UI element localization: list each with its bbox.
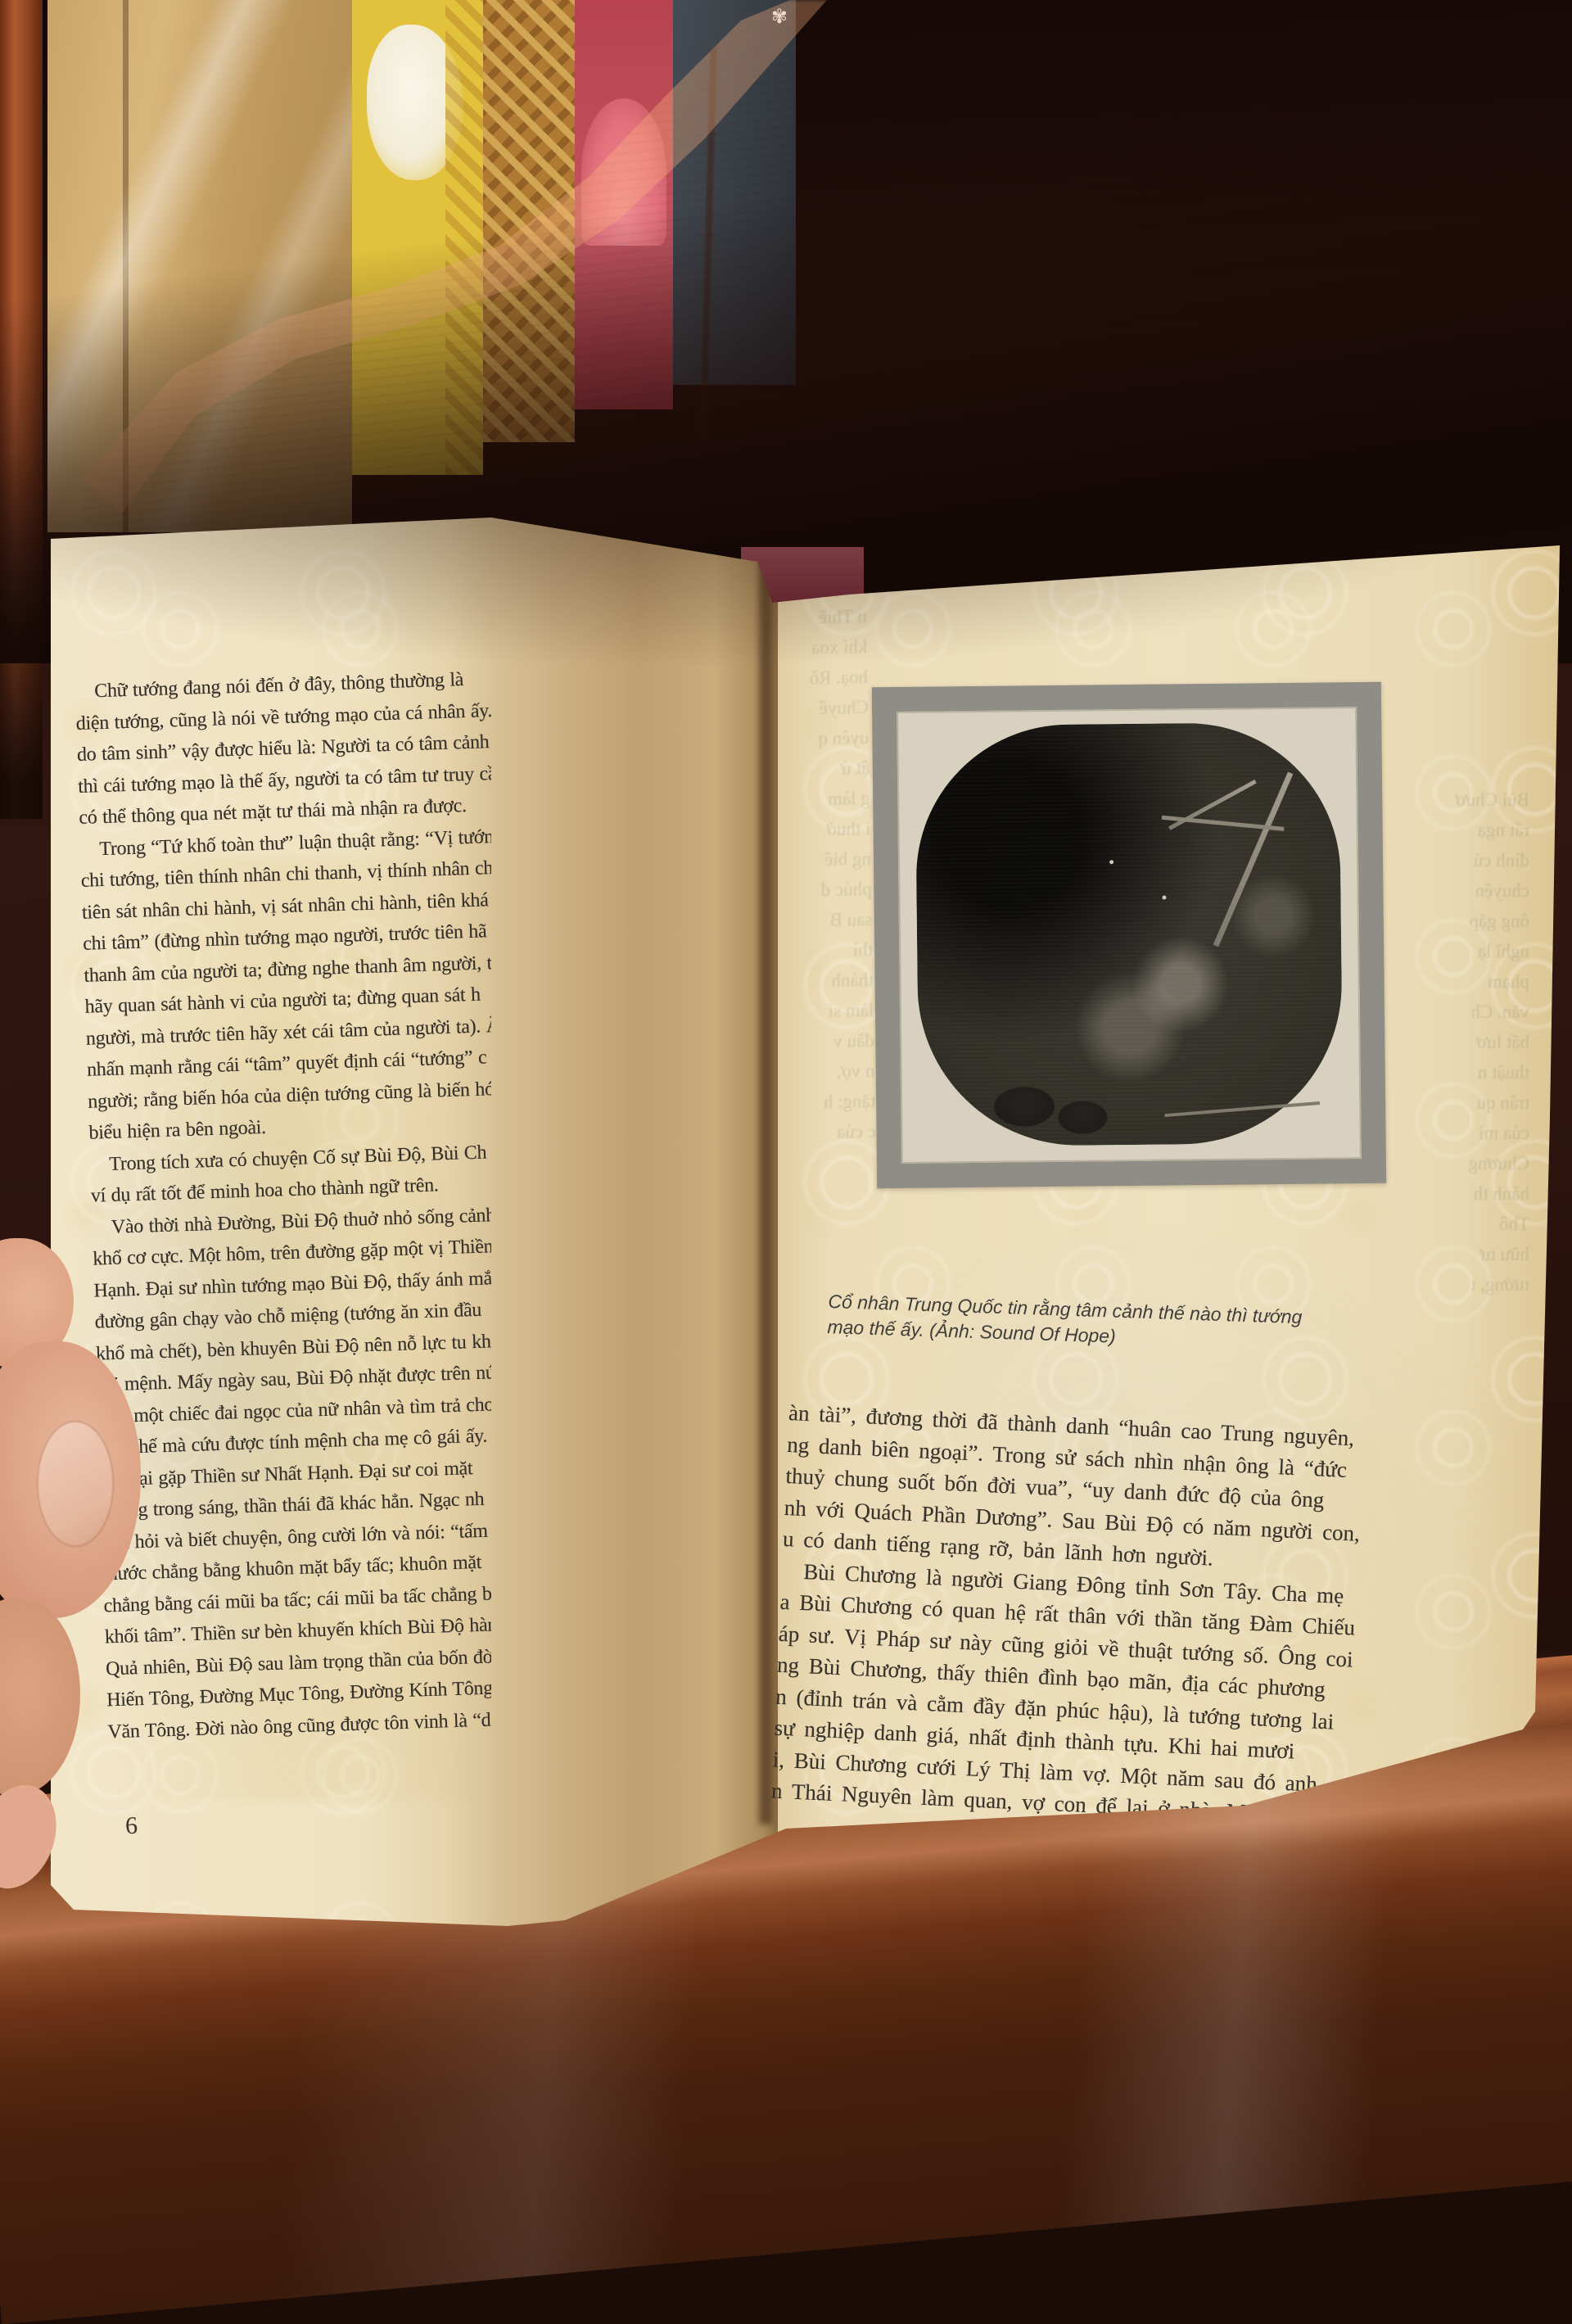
bleedthrough-fragment: chuyện	[1423, 875, 1529, 906]
print-grain	[915, 721, 1343, 1146]
book-gutter	[491, 514, 778, 1931]
bleedthrough-fragment: tặng: h	[785, 1086, 876, 1118]
bleedthrough-fragment: n Thiề	[777, 601, 868, 633]
bleedthrough-fragment: văn. Ch	[1423, 997, 1529, 1027]
print-speck	[1162, 896, 1166, 900]
bleedthrough-fragment: n vợ,	[784, 1056, 875, 1087]
bleedthrough-fragment: hữu tư	[1423, 1239, 1529, 1269]
thumb-nail	[36, 1420, 115, 1548]
bleedthrough-fragment: thì	[783, 934, 874, 966]
bleedthrough-fragment: bất lươ	[1423, 1027, 1529, 1057]
bleedthrough-fragment: sau B	[782, 904, 873, 936]
shelf-frame-edge	[0, 0, 43, 819]
bleedthrough-fragment: uyên q	[779, 722, 870, 754]
bleedthrough-fragment: ật ứ	[779, 753, 870, 784]
bleedthrough-fragment: nghĩ lạ	[1423, 936, 1529, 966]
page-number-left: 6	[124, 1812, 138, 1841]
bleedthrough-fragment: thành	[783, 965, 874, 997]
bleedthrough-fragment: rất ngạ	[1423, 815, 1529, 845]
illustration-painting	[915, 721, 1343, 1146]
bleedthrough-fragment: hành th	[1423, 1178, 1529, 1209]
bleedthrough-fragment: hoạ. Rồ	[778, 662, 869, 694]
illustration-caption: Cổ nhân Trung Quốc tin rằng tâm cảnh thế…	[827, 1289, 1434, 1360]
bleedthrough-fragment: i thuở	[780, 813, 871, 845]
illustration-mat	[897, 707, 1362, 1164]
open-book: Chữ tướng đang nói đến ở đây, thông thườ…	[45, 514, 1568, 1931]
print-speck	[1109, 860, 1113, 864]
bleedthrough-fragment: Bùi Chươ	[1423, 784, 1529, 815]
bleedthrough-fragment: khí xoa	[777, 631, 868, 663]
bleedthrough-fragment: Chuyể	[778, 692, 869, 724]
bleedthrough-fragment: ông gặp	[1423, 906, 1529, 936]
bleedthrough-fragment: ng biế	[781, 843, 872, 875]
bleedthrough-text-gutter: Pháp sn Thiềkhí xoahoạ. RồChuyểuyên qật …	[776, 571, 876, 1148]
bleedthrough-fragment: đầu v	[784, 1025, 875, 1057]
bleedthrough-text-right-edge: Bùi Chươrất ngạđình củchuyệnông gặpnghĩ …	[1423, 784, 1529, 1300]
bleedthrough-fragment: đình củ	[1423, 845, 1529, 875]
bleedthrough-fragment: phạm	[1423, 966, 1529, 997]
bleedthrough-fragment: g làm	[779, 783, 870, 815]
bleedthrough-fragment: của mì	[1423, 1118, 1529, 1148]
left-page: Chữ tướng đang nói đến ở đây, thông thườ…	[45, 514, 491, 1931]
illustration-frame	[872, 682, 1386, 1188]
bleedthrough-fragment: Thô	[1423, 1209, 1529, 1239]
gutter-crease-shadow	[759, 547, 772, 1824]
bleedthrough-fragment: Chương	[1423, 1148, 1529, 1178]
bleedthrough-fragment: c của	[785, 1116, 876, 1148]
bleedthrough-fragment: tướng, t	[1423, 1269, 1529, 1300]
bleedthrough-fragment: phúc đ	[781, 874, 872, 906]
bleedthrough-fragment: thuật n	[1423, 1057, 1529, 1087]
bleedthrough-fragment: trân qu	[1423, 1087, 1529, 1118]
bleedthrough-fragment: làm si	[784, 995, 874, 1027]
right-page: Pháp sn Thiềkhí xoahoạ. RồChuyểuyên qật …	[778, 514, 1568, 1931]
